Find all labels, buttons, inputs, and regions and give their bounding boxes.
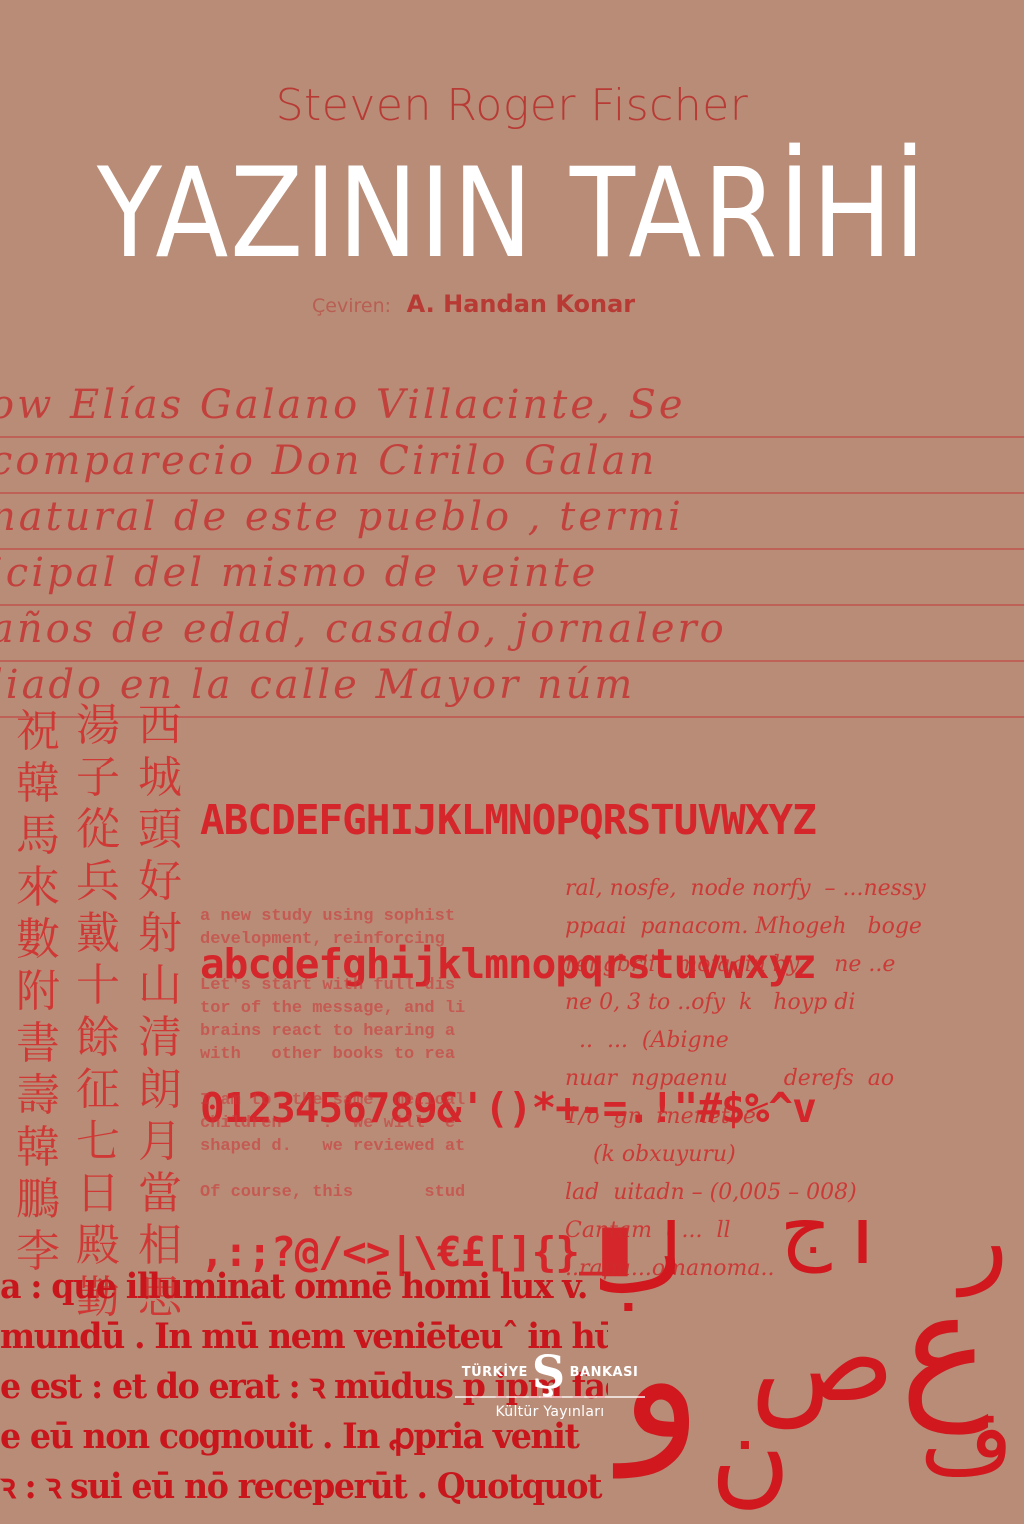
handwriting-line: icipal del mismo de veinte	[0, 550, 1024, 606]
isbank-logo-icon: Ş	[532, 1352, 566, 1392]
handwriting-line: ow Elías Galano Villacinte, Se	[0, 382, 1024, 438]
author-name: Steven Roger Fischer	[0, 80, 1024, 131]
publisher-brand: TÜRKİYE Ş BANKASI	[455, 1352, 645, 1392]
cyrillic-manuscript: ral, nosfe, node norfy – ...nessyppaai p…	[565, 870, 1024, 1230]
handwriting-line: natural de este pueblo , termi	[0, 494, 1024, 550]
cjk-column: 祝韓馬來數附書壽韓鵬李	[12, 706, 64, 1278]
cjk-column: 西城頭好射山清朗月當相思	[134, 700, 186, 1324]
handwritten-document: ow Elías Galano Villacinte, Se compareci…	[0, 382, 1024, 718]
translator-name: A. Handan Konar	[407, 290, 635, 318]
brand-right: BANKASI	[570, 1365, 639, 1380]
arabic-calligraphy: عصوبأرجناف	[600, 1220, 1024, 1524]
publisher-imprint: Kültür Yayınları	[455, 1404, 645, 1420]
typewritten-text: a new study using sophistdevelopment, re…	[200, 905, 465, 1204]
cjk-column: 湯子從兵戴十餘征七日殿勤	[72, 700, 124, 1324]
brand-left: TÜRKİYE	[462, 1365, 528, 1380]
handwriting-line: comparecio Don Cirilo Galan	[0, 438, 1024, 494]
handwriting-line: años de edad, casado, jornalero	[0, 606, 1024, 662]
translator-label: Çeviren:	[312, 295, 391, 317]
book-title: YAZININ TARİHİ	[72, 152, 953, 276]
charset-uppercase: ABCDEFGHIJKLMNOPQRSTUVWXYZ	[200, 796, 816, 844]
publisher-logo: TÜRKİYE Ş BANKASI Kültür Yayınları	[455, 1352, 645, 1420]
translator-credit: Çeviren: A. Handan Konar	[312, 290, 635, 318]
book-cover: Steven Roger Fischer YAZININ TARİHİ Çevi…	[0, 0, 1024, 1524]
